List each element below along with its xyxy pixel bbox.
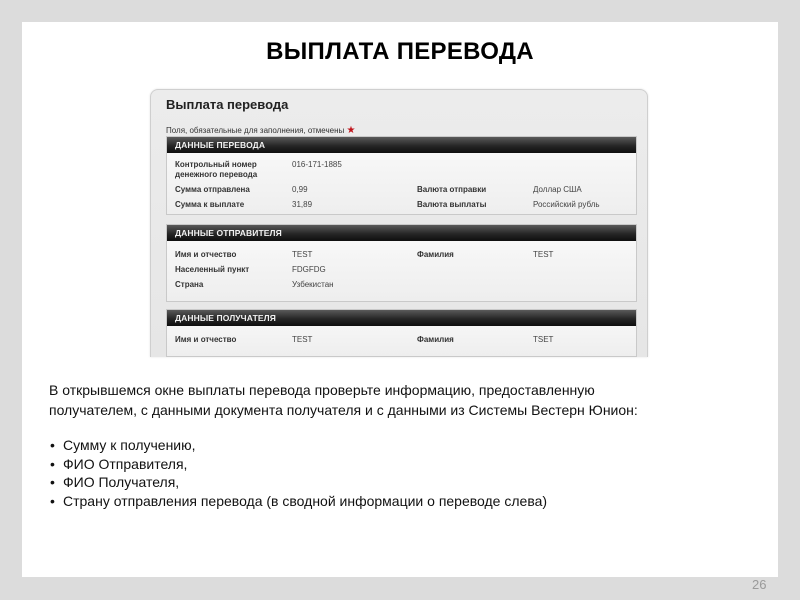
field-label: Фамилия (417, 335, 454, 345)
page-number: 26 (752, 577, 766, 592)
field-label: Имя и отчество (175, 250, 236, 260)
field-label: Страна (175, 280, 203, 290)
bullet-icon: • (50, 455, 55, 474)
payout-window-screenshot: Выплата перевода Поля, обязательные для … (150, 89, 648, 357)
required-star-icon: ★ (346, 125, 355, 136)
checklist-item: •ФИО Получателя, (49, 473, 749, 492)
required-note-text: Поля, обязательные для заполнения, отмеч… (166, 126, 344, 135)
field-label: Контрольный номер денежного перевода (175, 160, 257, 180)
instructions-paragraph: В открывшемся окне выплаты перевода пров… (49, 380, 749, 420)
slide-title: ВЫПЛАТА ПЕРЕВОДА (22, 38, 778, 66)
field-label: Имя и отчество (175, 335, 236, 345)
slide: ВЫПЛАТА ПЕРЕВОДА Выплата перевода Поля, … (22, 22, 778, 577)
field-value: FDGFDG (292, 265, 326, 275)
required-fields-note: Поля, обязательные для заполнения, отмеч… (166, 125, 355, 136)
field-value: 016-171-1885 (292, 160, 342, 170)
field-label: Населенный пункт (175, 265, 249, 275)
field-label: Валюта отправки (417, 185, 486, 195)
bullet-icon: • (50, 473, 55, 492)
section-header: ДАННЫЕ ОТПРАВИТЕЛЯ (167, 225, 636, 241)
section-sender-data: ДАННЫЕ ОТПРАВИТЕЛЯ Имя и отчество TEST Ф… (166, 224, 637, 302)
field-value: Российский рубль (533, 200, 600, 210)
instructions-line: получателем, с данными документа получат… (49, 400, 749, 420)
section-recipient-data: ДАННЫЕ ПОЛУЧАТЕЛЯ Имя и отчество TEST Фа… (166, 309, 637, 357)
bullet-icon: • (50, 436, 55, 455)
instructions-line: В открывшемся окне выплаты перевода пров… (49, 380, 749, 400)
checklist: •Сумму к получению, •ФИО Отправителя, •Ф… (49, 436, 749, 510)
field-label: Сумма отправлена (175, 185, 250, 195)
section-header: ДАННЫЕ ПЕРЕВОДА (167, 137, 636, 153)
checklist-item: •ФИО Отправителя, (49, 455, 749, 474)
field-value: TEST (292, 250, 312, 260)
field-label: Валюта выплаты (417, 200, 486, 210)
field-label: Фамилия (417, 250, 454, 260)
field-value: Доллар США (533, 185, 582, 195)
field-value: 31,89 (292, 200, 312, 210)
field-value: TEST (292, 335, 312, 345)
section-transfer-data: ДАННЫЕ ПЕРЕВОДА Контрольный номер денежн… (166, 136, 637, 215)
checklist-item: •Страну отправления перевода (в сводной … (49, 492, 749, 511)
checklist-item: •Сумму к получению, (49, 436, 749, 455)
field-value: TEST (533, 250, 553, 260)
field-value: 0,99 (292, 185, 308, 195)
field-value: TSET (533, 335, 553, 345)
section-header: ДАННЫЕ ПОЛУЧАТЕЛЯ (167, 310, 636, 326)
field-label: Сумма к выплате (175, 200, 244, 210)
bullet-icon: • (50, 492, 55, 511)
panel-title: Выплата перевода (166, 97, 288, 112)
field-value: Узбекистан (292, 280, 334, 290)
